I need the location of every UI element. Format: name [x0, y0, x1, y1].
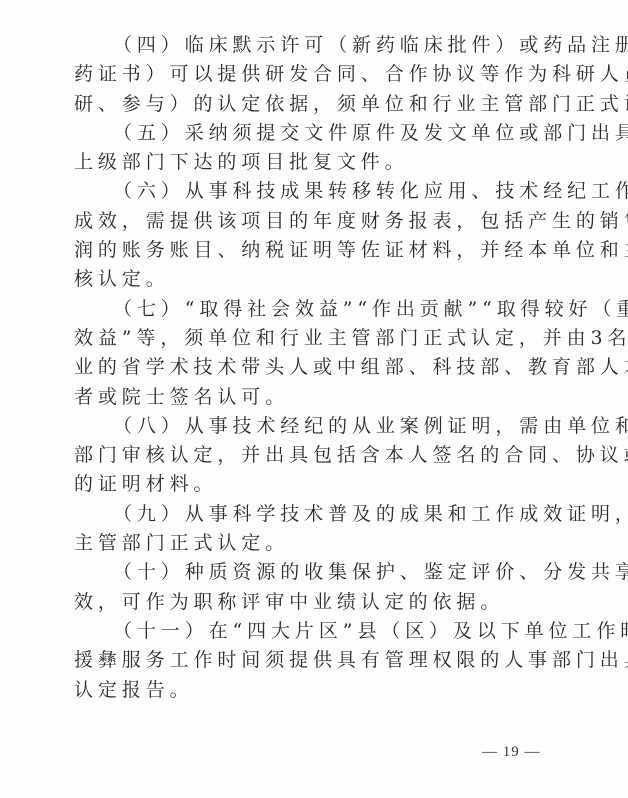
paragraph-9: （九）从事科学技术普及的成果和工作成效证明，由单位和 主管部门正式认定。: [74, 500, 558, 559]
paragraph-6: （六）从事科技成果转移转化应用、技术经纪工作所取得的 成效，需提供该项目的年度财…: [74, 177, 558, 294]
paragraph-8: （八）从事技术经纪的从业案例证明，需由单位和行业主管 部门审核认定，并出具包括含…: [74, 412, 558, 500]
text-line: 核认定。: [74, 265, 558, 294]
text-line: 的证明材料。: [74, 470, 558, 499]
text-line: （十一）在“四大片区”县（区）及以下单位工作时间、援藏: [74, 617, 558, 646]
text-line: （十）种质资源的收集保护、鉴定评价、分发共享等工作成: [74, 558, 558, 587]
document-page: （四）临床默示许可（新药临床批件）或药品注册证书（新 药证书）可以提供研发合同、…: [0, 0, 628, 798]
document-body: （四）临床默示许可（新药临床批件）或药品注册证书（新 药证书）可以提供研发合同、…: [74, 31, 558, 705]
text-line: 效，可作为职称评审中业绩认定的依据。: [74, 588, 558, 617]
text-line: 主管部门正式认定。: [74, 529, 558, 558]
text-line: 润的账务账目、纳税证明等佐证材料，并经本单位和主管部门审: [74, 236, 558, 265]
text-line: （四）临床默示许可（新药临床批件）或药品注册证书（新: [74, 31, 558, 60]
paragraph-4: （四）临床默示许可（新药临床批件）或药品注册证书（新 药证书）可以提供研发合同、…: [74, 31, 558, 119]
text-line: 上级部门下达的项目批复文件。: [74, 148, 558, 177]
text-line: 研、参与）的认定依据，须单位和行业主管部门正式认定。: [74, 90, 558, 119]
text-line: 业的省学术技术带头人或中组部、科技部、教育部人才计划入选: [74, 353, 558, 382]
text-line: 者或院士签名认可。: [74, 383, 558, 412]
text-line: 援彝服务工作时间须提供具有管理权限的人事部门出具的正式: [74, 646, 558, 675]
text-line: 部门审核认定，并出具包括含本人签名的合同、协议或单位盖章: [74, 441, 558, 470]
text-line: 效益”等，须单位和行业主管部门正式认定，并由3名以上同行: [74, 324, 558, 353]
paragraph-7: （七）“取得社会效益”“作出贡献”“取得较好（重大）经济 效益”等，须单位和行业…: [74, 295, 558, 412]
paragraph-5: （五）采纳须提交文件原件及发文单位或部门出具的证明、 上级部门下达的项目批复文件…: [74, 119, 558, 178]
text-line: 认定报告。: [74, 676, 558, 705]
text-line: （五）采纳须提交文件原件及发文单位或部门出具的证明、: [74, 119, 558, 148]
text-line: 成效，需提供该项目的年度财务报表，包括产生的销售收入、利: [74, 207, 558, 236]
paragraph-11: （十一）在“四大片区”县（区）及以下单位工作时间、援藏 援彝服务工作时间须提供具…: [74, 617, 558, 705]
text-line: （七）“取得社会效益”“作出贡献”“取得较好（重大）经济: [74, 295, 558, 324]
text-line: （八）从事技术经纪的从业案例证明，需由单位和行业主管: [74, 412, 558, 441]
text-line: 药证书）可以提供研发合同、合作协议等作为科研人员主持（主: [74, 60, 558, 89]
paragraph-10: （十）种质资源的收集保护、鉴定评价、分发共享等工作成 效，可作为职称评审中业绩认…: [74, 558, 558, 617]
text-line: （六）从事科技成果转移转化应用、技术经纪工作所取得的: [74, 177, 558, 206]
text-line: （九）从事科学技术普及的成果和工作成效证明，由单位和: [74, 500, 558, 529]
page-number: — 19 —: [482, 744, 541, 761]
